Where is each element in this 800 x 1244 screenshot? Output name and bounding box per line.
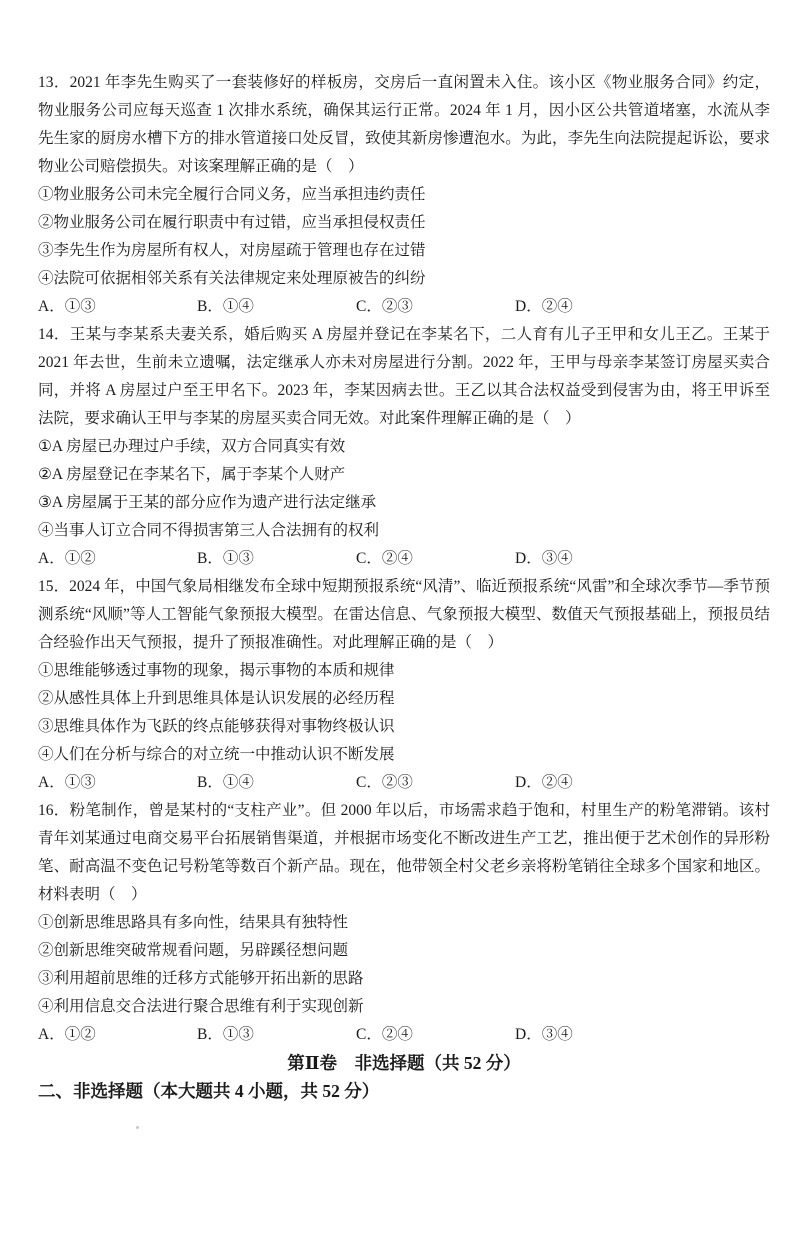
question-13-option-1: ①物业服务公司未完全履行合同义务，应当承担违约责任 xyxy=(38,181,770,209)
question-15-option-3: ③思维具体作为飞跃的终点能够获得对事物终极认识 xyxy=(38,713,770,741)
question-14-stem: 14．王某与李某系夫妻关系，婚后购买 A 房屋并登记在李某名下，二人育有儿子王甲… xyxy=(38,321,770,433)
question-16-choices: A．①② B．①③ C．②④ D．③④ xyxy=(38,1021,770,1049)
question-15-option-4: ④人们在分析与综合的对立统一中推动认识不断发展 xyxy=(38,741,770,769)
scan-speck xyxy=(136,1126,139,1129)
question-15-choice-b: B．①④ xyxy=(197,769,356,797)
question-15-option-2: ②从感性具体上升到思维具体是认识发展的必经历程 xyxy=(38,685,770,713)
question-16-option-1: ①创新思维思路具有多向性，结果具有独特性 xyxy=(38,909,770,937)
question-14-option-2: ②A 房屋登记在李某名下，属于李某个人财产 xyxy=(38,461,770,489)
question-14-choice-d: D．③④ xyxy=(515,545,573,573)
question-15-choice-d: D．②④ xyxy=(515,769,573,797)
question-15-option-1: ①思维能够透过事物的现象，揭示事物的本质和规律 xyxy=(38,657,770,685)
question-13-choices: A．①③ B．①④ C．②③ D．②④ xyxy=(38,293,770,321)
question-16-choice-a: A．①② xyxy=(38,1021,197,1049)
question-15-choice-a: A．①③ xyxy=(38,769,197,797)
question-14-option-4: ④当事人订立合同不得损害第三人合法拥有的权利 xyxy=(38,517,770,545)
question-14-option-1: ①A 房屋已办理过户手续，双方合同真实有效 xyxy=(38,433,770,461)
question-14-choices: A．①② B．①③ C．②④ D．③④ xyxy=(38,545,770,573)
question-13-stem: 13．2021 年李先生购买了一套装修好的样板房，交房后一直闲置未入住。该小区《… xyxy=(38,69,770,181)
question-13-choice-a: A．①③ xyxy=(38,293,197,321)
question-13-choice-b: B．①④ xyxy=(197,293,356,321)
question-13: 13．2021 年李先生购买了一套装修好的样板房，交房后一直闲置未入住。该小区《… xyxy=(38,69,770,321)
question-14-choice-b: B．①③ xyxy=(197,545,356,573)
exam-page: 13．2021 年李先生购买了一套装修好的样板房，交房后一直闲置未入住。该小区《… xyxy=(0,0,800,1244)
question-14-choice-c: C．②④ xyxy=(356,545,515,573)
question-16-choice-d: D．③④ xyxy=(515,1021,573,1049)
question-13-choice-c: C．②③ xyxy=(356,293,515,321)
question-15-choice-c: C．②③ xyxy=(356,769,515,797)
question-16-option-2: ②创新思维突破常规看问题，另辟蹊径想问题 xyxy=(38,937,770,965)
question-16-choice-b: B．①③ xyxy=(197,1021,356,1049)
question-16-option-4: ④利用信息交合法进行聚合思维有利于实现创新 xyxy=(38,993,770,1021)
question-16-choice-c: C．②④ xyxy=(356,1021,515,1049)
question-15-choices: A．①③ B．①④ C．②③ D．②④ xyxy=(38,769,770,797)
question-13-option-2: ②物业服务公司在履行职责中有过错，应当承担侵权责任 xyxy=(38,209,770,237)
question-14: 14．王某与李某系夫妻关系，婚后购买 A 房屋并登记在李某名下，二人育有儿子王甲… xyxy=(38,321,770,573)
question-13-option-3: ③李先生作为房屋所有权人，对房屋疏于管理也存在过错 xyxy=(38,237,770,265)
question-14-choice-a: A．①② xyxy=(38,545,197,573)
section2-heading: 二、非选择题（本大题共 4 小题，共 52 分） xyxy=(38,1077,770,1105)
part2-title: 第Ⅱ卷 非选择题（共 52 分） xyxy=(38,1049,770,1077)
question-14-option-3: ③A 房屋属于王某的部分应作为遗产进行法定继承 xyxy=(38,489,770,517)
question-15-stem: 15．2024 年，中国气象局相继发布全球中短期预报系统“风清”、临近预报系统“… xyxy=(38,573,770,657)
question-13-option-4: ④法院可依据相邻关系有关法律规定来处理原被告的纠纷 xyxy=(38,265,770,293)
question-16-option-3: ③利用超前思维的迁移方式能够开拓出新的思路 xyxy=(38,965,770,993)
question-13-choice-d: D．②④ xyxy=(515,293,573,321)
question-15: 15．2024 年，中国气象局相继发布全球中短期预报系统“风清”、临近预报系统“… xyxy=(38,573,770,797)
question-16-stem: 16．粉笔制作，曾是某村的“支柱产业”。但 2000 年以后，市场需求趋于饱和，… xyxy=(38,797,770,909)
question-16: 16．粉笔制作，曾是某村的“支柱产业”。但 2000 年以后，市场需求趋于饱和，… xyxy=(38,797,770,1049)
